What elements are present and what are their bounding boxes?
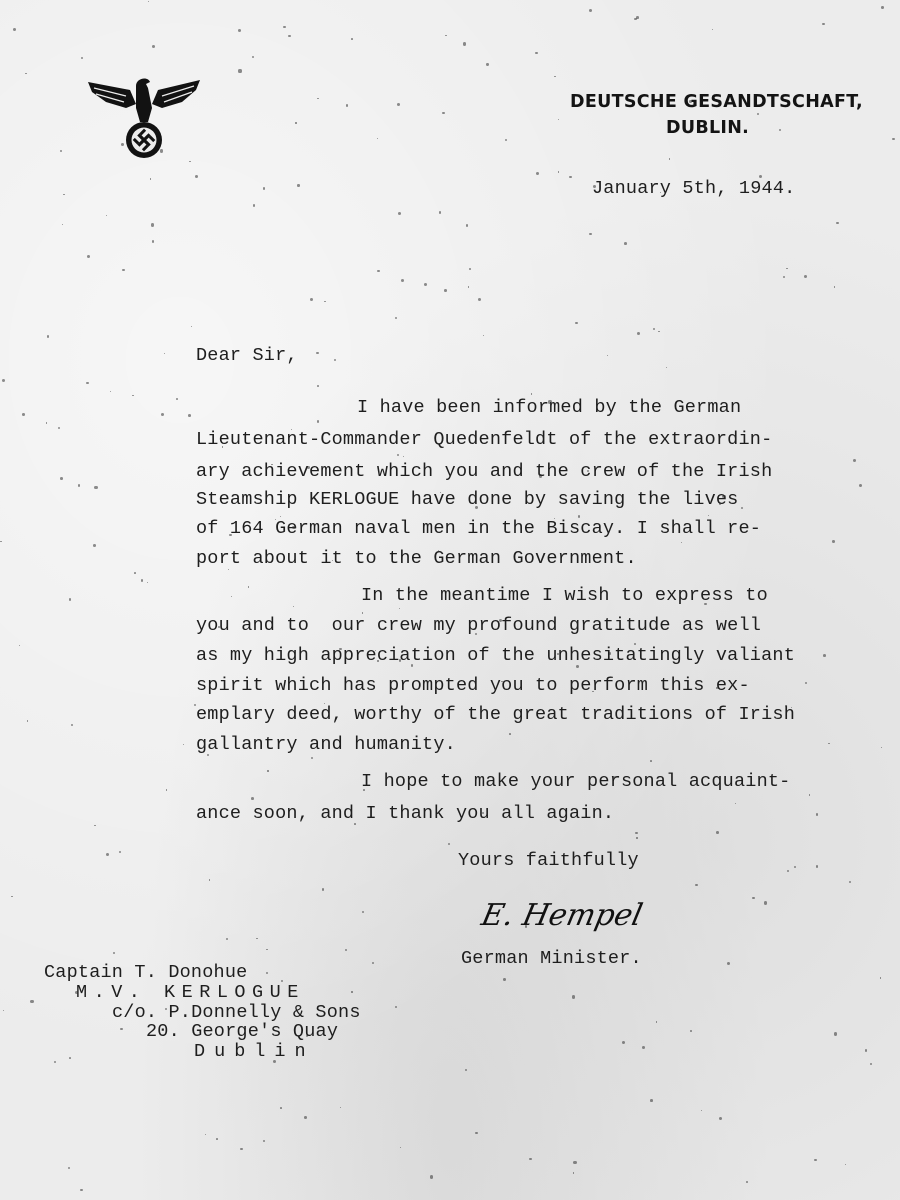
body-line: spirit which has prompted you to perform…	[196, 675, 750, 696]
address-line: c/o. P.Donnelly & Sons	[112, 1002, 361, 1023]
signer-title: German Minister.	[461, 948, 642, 969]
salutation: Dear Sir,	[196, 345, 298, 366]
body-line: as my high appreciation of the unhesitat…	[196, 645, 795, 666]
body-line: emplary deed, worthy of the great tradit…	[196, 704, 795, 725]
address-line: Dublin	[194, 1041, 315, 1062]
body-line: ary achievement which you and the crew o…	[196, 461, 772, 482]
closing: Yours faithfully	[458, 850, 639, 871]
letterhead-city: DUBLIN.	[666, 118, 749, 138]
signature: E. Hempel	[478, 898, 645, 933]
body-line: Lieutenant-Commander Quedenfeldt of the …	[196, 429, 772, 450]
letterhead-title: DEUTSCHE GESANDTSCHAFT,	[570, 92, 863, 112]
eagle-emblem-icon	[86, 74, 202, 160]
body-line: ance soon, and I thank you all again.	[196, 803, 614, 824]
address-line: M.V. KERLOGUE	[76, 982, 305, 1003]
address-line: Captain T. Donohue	[44, 962, 247, 983]
address-line: 20. George's Quay	[146, 1021, 338, 1042]
body-line: I hope to make your personal acquaint-	[361, 771, 790, 792]
body-line: you and to our crew my profound gratitud…	[196, 615, 761, 636]
letter-date: January 5th, 1944.	[592, 178, 795, 199]
body-line: port about it to the German Government.	[196, 548, 637, 569]
body-line: gallantry and humanity.	[196, 734, 456, 755]
body-line: Steamship KERLOGUE have done by saving t…	[196, 489, 739, 510]
body-line: of 164 German naval men in the Biscay. I…	[196, 518, 761, 539]
